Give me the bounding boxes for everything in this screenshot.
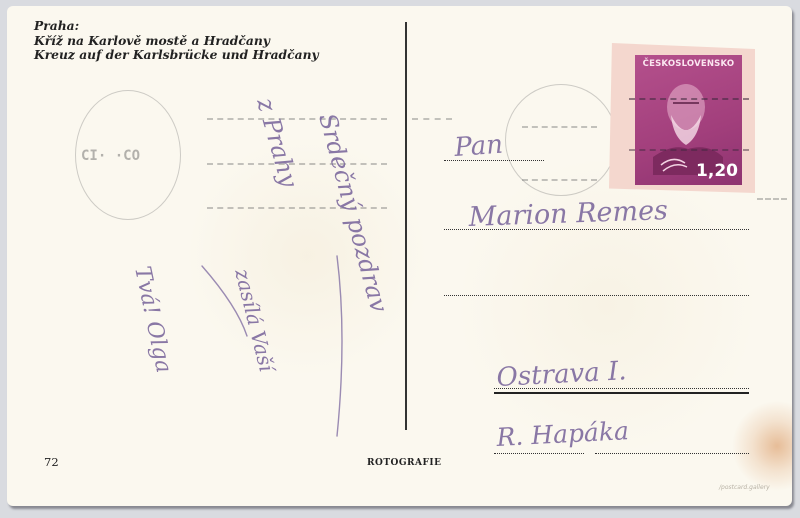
message-line-1: Srdečný pozdrav: [313, 110, 393, 315]
postage-stamp: ČESKOSLOVENSKO 1,20: [609, 43, 755, 193]
caption-title-german: Kreuz auf der Karlsbrücke und Hradčany: [34, 48, 319, 63]
address-line-3: [444, 295, 749, 296]
address-name: Marion Remes: [467, 195, 668, 233]
address-line-5: [494, 453, 584, 454]
address-street: R. Hapáka: [495, 416, 630, 452]
caption-title-czech: Kříž na Karlově mostě a Hradčany: [34, 34, 319, 49]
stamp-print: ČESKOSLOVENSKO 1,20: [635, 55, 742, 185]
address-salutation: Pan: [452, 130, 504, 163]
cancel-line: [207, 163, 387, 165]
address-line-1: [444, 160, 544, 161]
portrait-icon: [653, 75, 723, 175]
address-line-4-underline: [494, 392, 749, 394]
address-line-5b: [595, 453, 749, 454]
message-line-3: zasílá Vaší: [230, 265, 280, 376]
stamp-country: ČESKOSLOVENSKO: [635, 59, 742, 69]
cancel-line: [629, 98, 749, 100]
cancel-line: [757, 198, 787, 200]
address-line-4: [494, 388, 749, 389]
cancel-line: [207, 207, 387, 209]
watermark: /postcard.gallery: [719, 484, 770, 491]
message-line-2: z Prahy: [251, 94, 303, 191]
caption-city: Praha:: [34, 19, 319, 34]
postcard-caption: Praha: Kříž na Karlově mostě a Hradčany …: [34, 19, 319, 63]
cancel-line: [522, 179, 597, 181]
address-line-2: [444, 229, 749, 230]
cancel-line: [522, 126, 597, 128]
message-line-4: Tvá! Olga: [129, 264, 176, 375]
publisher-number: 72: [44, 455, 59, 469]
postcard-back: Praha: Kříž na Karlově mostě a Hradčany …: [7, 6, 792, 506]
center-divider: [405, 22, 407, 430]
stamp-value: 1,20: [696, 161, 738, 181]
cancel-line: [629, 149, 749, 151]
cancel-line: [412, 118, 452, 120]
publisher-name: ROTOGRAFIE: [367, 458, 441, 468]
postmark-left-text: CI· ·CO: [81, 148, 140, 164]
cancel-line: [207, 118, 387, 120]
